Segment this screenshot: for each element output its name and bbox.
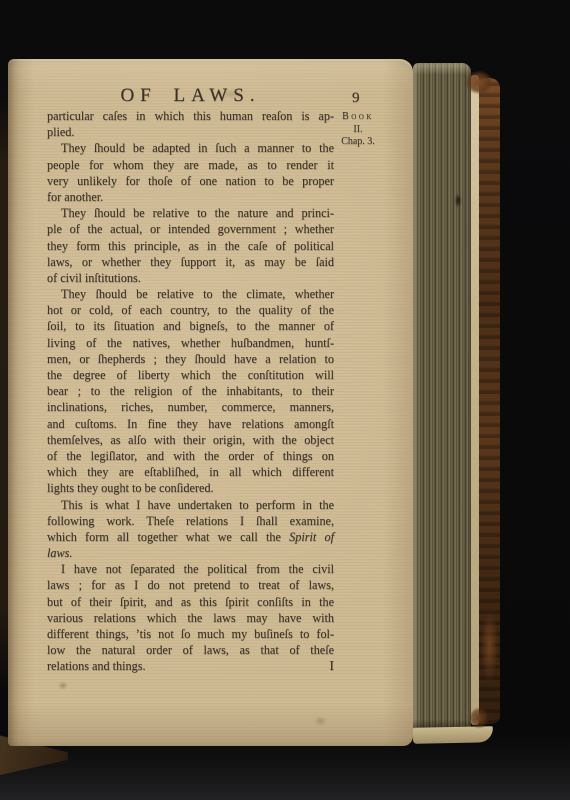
endpaper-edge	[471, 75, 479, 725]
text-line: which form all together what we call the…	[47, 529, 334, 545]
text-line: the degree of liberty which the conſtitu…	[47, 367, 334, 383]
text-line: low the natural order of laws, as that o…	[47, 642, 334, 658]
text-line: particular caſes in which this human rea…	[47, 108, 334, 124]
paper-stain	[58, 681, 68, 690]
text-line: they form this principle, as in the caſe…	[47, 238, 334, 254]
fore-edge-pages	[413, 63, 471, 735]
text-line: following work. Theſe relations I ſhall …	[47, 513, 334, 529]
text-line: plied.	[47, 124, 334, 140]
text-line: for another.	[47, 189, 334, 205]
leather-cover-spine	[479, 78, 500, 724]
text-line: men, or ſhepherds ; they ſhould have a r…	[47, 351, 334, 367]
text-run: relations and things.	[47, 658, 146, 674]
photo-background: OF LAWS. 9 Book II. Chap. 3. particular …	[0, 0, 570, 800]
body-text: particular caſes in which this human rea…	[47, 108, 334, 675]
text-line: I have not ſeparated the political from …	[47, 561, 334, 577]
book-page: OF LAWS. 9 Book II. Chap. 3. particular …	[8, 59, 413, 746]
text-line: They ſhould be relative to the climate, …	[47, 286, 334, 302]
text-line: They ſhould be relative to the nature an…	[47, 205, 334, 221]
text-line: living of the natives, whether huſbandme…	[47, 335, 334, 351]
text-line: inclinations, riches, number, commerce, …	[47, 399, 334, 415]
text-run: which form all together what we call the	[47, 530, 289, 544]
text-line: They ſhould be adapted in ſuch a manner …	[47, 140, 334, 156]
cover-corner-top-right	[461, 69, 497, 99]
text-line: themſelves, as alſo with their origin, w…	[47, 432, 334, 448]
text-line: and cuſtoms. In fine they have relations…	[47, 416, 334, 432]
italic-phrase: Spirit of	[289, 530, 334, 544]
text-line: but of their ſpirit, and as this ſpirit …	[47, 594, 334, 610]
text-line: laws, or whether they ſupport it, as may…	[47, 254, 334, 270]
signature-mark: I	[329, 659, 334, 675]
running-header: OF LAWS.	[47, 85, 334, 107]
text-line: of civil inſtitutions.	[47, 270, 334, 286]
paper-stain	[314, 716, 327, 726]
page-number: 9	[352, 90, 360, 107]
text-line: very unlikely for thoſe of one nation to…	[47, 173, 334, 189]
text-line: people for whom they are made, as to ren…	[47, 157, 334, 173]
fore-edge-fleck	[453, 190, 463, 211]
text-line: ſoil, to its ſituation and bigneſs, to t…	[47, 318, 334, 334]
text-line: This is what I have undertaken to perfor…	[47, 497, 334, 513]
margin-note-book-number: II.	[336, 124, 380, 137]
text-line: of the legiſlator, and with the order of…	[47, 448, 334, 464]
text-line: different things, ’tis not ſo much my bu…	[47, 626, 334, 642]
text-line: lights they ought to be conſidered.	[47, 480, 334, 496]
cover-corner-bottom-right	[466, 704, 492, 732]
text-line: relations and things.I	[47, 658, 334, 674]
text-line: laws ; for as I do not pretend to treat …	[47, 577, 334, 593]
text-line: various relations which the laws may hav…	[47, 610, 334, 626]
text-line: ple of the actual, or intended governmen…	[47, 221, 334, 237]
text-line: which they are eſtabliſhed, in all which…	[47, 464, 334, 480]
text-line: hot or cold, of each country, to the qua…	[47, 302, 334, 318]
text-line: bear ; to the religion of the inhabitant…	[47, 383, 334, 399]
margin-note-book: Book	[336, 111, 380, 124]
margin-note: Book II. Chap. 3.	[336, 111, 380, 149]
margin-note-chapter: Chap. 3.	[336, 136, 380, 149]
text-line: laws.	[47, 545, 334, 561]
